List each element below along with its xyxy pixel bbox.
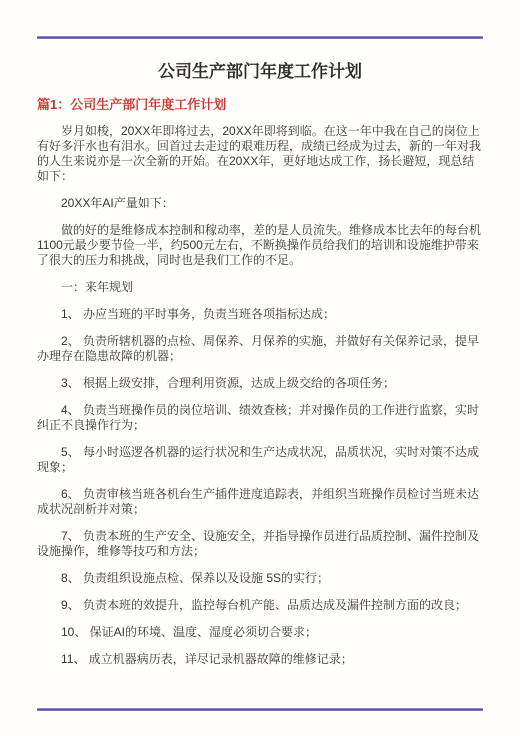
list-item-11: 11、 成立机器病历表，详尽记录机器故障的维修记录； <box>37 652 483 667</box>
list-item-6: 6、 负责审核当班各机台生产插件进度追踪表，并组织当班操作员检讨当班未达成状况剖… <box>37 487 483 517</box>
list-item-8: 8、 负责组织设施点检、保养以及设施 5S的实行； <box>37 571 483 586</box>
list-item-10: 10、 保证AI的环境、温度、湿度必须切合要求； <box>37 625 483 640</box>
paragraph-intro: 岁月如梭，20XX年即将过去，20XX年即将到临。在这一年中我在自己的岗位上有好… <box>37 124 483 184</box>
list-item-1: 1、 办应当班的平时事务，负责当班各项指标达成； <box>37 307 483 322</box>
list-item-9: 9、 负责本班的效提升，监控每台机产能、品质达成及漏件控制方面的改良； <box>37 598 483 613</box>
list-item-4: 4、 负责当班操作员的岗位培训、绩效查核；并对操作员的工作进行监察，实时纠正不良… <box>37 403 483 433</box>
paragraph-ai-output: 20XX年AI产量如下： <box>37 196 483 211</box>
section-heading: 篇1：公司生产部门年度工作计划 <box>37 97 483 112</box>
document-title: 公司生产部门年度工作计划 <box>37 60 483 84</box>
bottom-divider <box>37 708 483 711</box>
list-item-5: 5、 每小时巡逻各机器的运行状况和生产达成状况，品质状况，实时对策不达成现象； <box>37 445 483 475</box>
heading-next-year-plan: 一：来年规划 <box>37 280 483 295</box>
document-content: 公司生产部门年度工作计划 篇1：公司生产部门年度工作计划 岁月如梭，20XX年即… <box>37 60 483 667</box>
document-page: 公司生产部门年度工作计划 篇1：公司生产部门年度工作计划 岁月如梭，20XX年即… <box>0 0 520 736</box>
list-item-3: 3、 根据上级安排，合理利用资源，达成上级交给的各项任务； <box>37 376 483 391</box>
top-divider <box>37 36 483 39</box>
paragraph-review: 做的好的是维修成本控制和稼动率，差的是人员流失。维修成本比去年的每台机1100元… <box>37 223 483 268</box>
list-item-2: 2、 负责所辖机器的点检、周保养、月保养的实施，并做好有关保养记录，提早办理存在… <box>37 334 483 364</box>
list-item-7: 7、 负责本班的生产安全、设施安全，并指导操作员进行品质控制、漏件控制及设施操作… <box>37 529 483 559</box>
